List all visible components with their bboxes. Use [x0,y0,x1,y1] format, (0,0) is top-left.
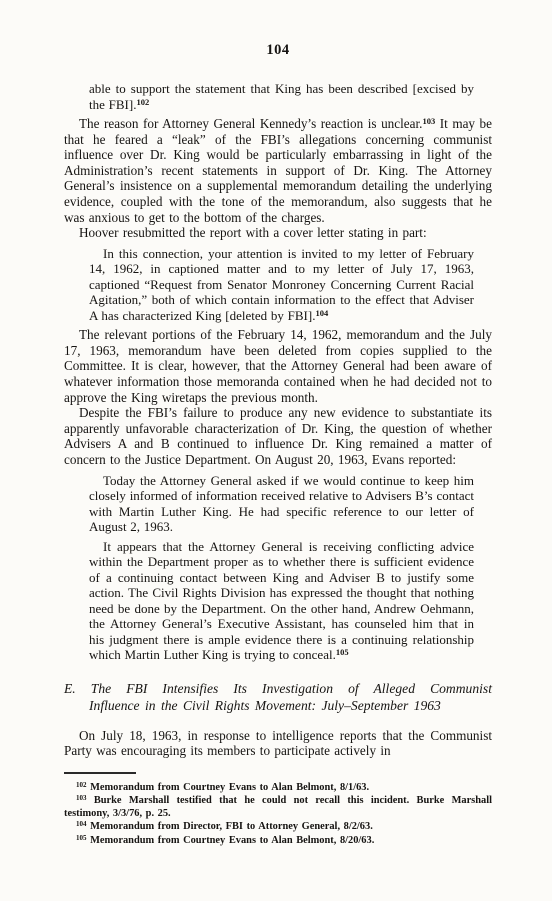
footnote-marker-105: 105 [336,647,349,657]
paragraph-text: It may be that he feared a “leak” of the… [64,116,492,225]
footnote-103: 103 Burke Marshall testified that he cou… [64,794,492,820]
document-page: 104 able to support the statement that K… [0,0,552,901]
block-quote-evans-2: It appears that the Attorney General is … [89,539,474,663]
text-column: 104 able to support the statement that K… [64,42,492,847]
footnote-text: Memorandum from Courtney Evans to Alan B… [90,782,369,793]
block-quote-continuation: able to support the statement that King … [89,81,474,112]
footnote-number-105: 105 [76,834,87,842]
footnote-102: 102 Memorandum from Courtney Evans to Al… [64,781,492,794]
block-quote-evans-1: Today the Attorney General asked if we w… [89,473,474,535]
footnote-marker-102: 102 [136,97,149,107]
footnote-number-104: 104 [76,820,87,828]
footnote-text: Memorandum from Courtney Evans to Alan B… [90,835,374,846]
page-number: 104 [64,42,492,59]
footnote-number-102: 102 [76,781,87,789]
footnote-104: 104 Memorandum from Director, FBI to Att… [64,820,492,833]
block-quote-cover-letter: In this connection, your attention is in… [89,246,474,324]
footnote-divider [64,772,136,774]
footnote-text: Memorandum from Director, FBI to Attorne… [90,821,373,832]
paragraph-reason: The reason for Attorney General Kennedy’… [64,116,492,225]
footnote-105: 105 Memorandum from Courtney Evans to Al… [64,834,492,847]
section-heading-e: E. The FBI Intensifies Its Investigation… [64,680,492,715]
section-heading-line-1: E. The FBI Intensifies Its Investigation… [64,680,492,698]
footnote-number-103: 103 [76,794,87,802]
paragraph-despite: Despite the FBI’s failure to produce any… [64,405,492,467]
quote-text: In this connection, your attention is in… [89,246,474,323]
paragraph-july18: On July 18, 1963, in response to intelli… [64,728,492,759]
quote-text: It appears that the Attorney General is … [89,539,474,663]
paragraph-relevant: The relevant portions of the February 14… [64,327,492,405]
section-heading-line-2: Influence in the Civil Rights Movement: … [64,697,492,715]
paragraph-hoover: Hoover resubmitted the report with a cov… [64,225,492,241]
footnote-marker-103: 103 [422,116,435,126]
footnote-marker-104: 104 [315,308,328,318]
paragraph-text: The reason for Attorney General Kennedy’… [79,116,422,131]
footnote-text: Burke Marshall testified that he could n… [64,795,492,819]
